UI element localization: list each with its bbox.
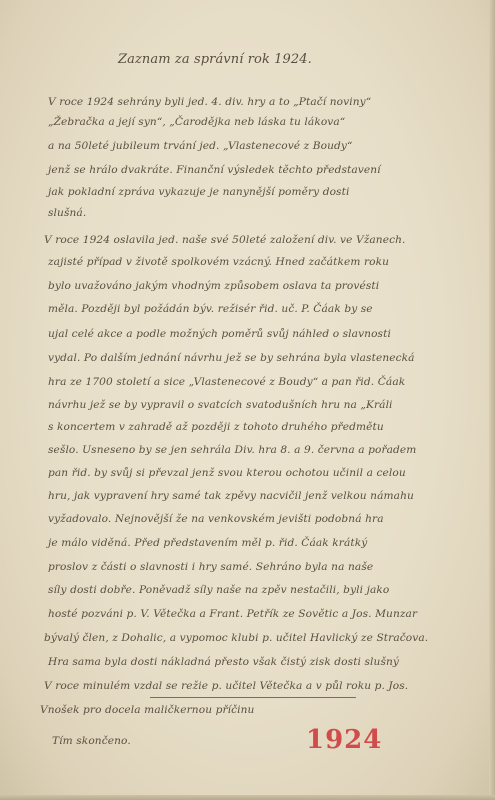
text-line: hru, jak vypravení hry samé tak zpěvy na… (48, 490, 414, 502)
text-line: hra ze 1700 století a sice „Vlastenecové… (48, 376, 405, 388)
text-line: a na 50leté jubileum trvání jed. „Vlaste… (48, 140, 353, 152)
text-line: vydal. Po dalším jednání návrhu jež se b… (48, 352, 415, 364)
text-line: ujal celé akce a podle možných poměrů sv… (48, 328, 391, 340)
text-line: jak pokladní zpráva vykazuje je nanynějš… (48, 186, 349, 198)
text-line: V roce minulém vzdal se režie p. učitel … (44, 680, 408, 692)
text-line: síly dosti dobře. Poněvadž síly naše na … (48, 584, 389, 596)
text-line: V roce 1924 sehrány byli jed. 4. div. hr… (48, 96, 371, 108)
text-line: sešlo. Usneseno by se jen sehrála Div. h… (48, 444, 416, 456)
page-edge-bottom (0, 795, 495, 800)
text-line: návrhu jež se by vypravil o svatcích sva… (48, 399, 393, 411)
closing-line: Tím skončeno. (52, 735, 131, 747)
page-edge-right (489, 0, 495, 800)
document-page: Zaznam za správní rok 1924. V roce 1924 … (0, 0, 495, 800)
text-line: V roce 1924 oslavila jed. naše své 50let… (44, 234, 406, 246)
text-line: Hra sama byla dosti nákladná přesto však… (48, 656, 399, 668)
red-year-stamp: 1924 (306, 725, 382, 755)
document-title: Zaznam za správní rok 1924. (118, 52, 312, 67)
text-line: bývalý člen, z Dohalic, a vypomoc klubi … (44, 632, 428, 644)
text-line: měla. Později byl požádán býv. režisér ř… (48, 303, 373, 315)
text-line: hosté pozváni p. V. Větečka a Frant. Pet… (48, 608, 417, 620)
red-underline (150, 697, 356, 698)
text-line: pan řid. by svůj si převzal jenž svou kt… (48, 467, 406, 479)
text-line: slušná. (48, 207, 86, 219)
text-line: proslov z části o slavnosti i hry samé. … (48, 561, 373, 573)
text-line: jenž se hrálo dvakráte. Finanční výslede… (48, 164, 381, 176)
text-line: s koncertem v zahradě až později z tohot… (48, 421, 384, 433)
text-line: Vnošek pro docela maličkernou příčinu (40, 704, 254, 716)
text-line: „Žebračka a její syn“, „Čarodějka neb lá… (48, 116, 345, 128)
text-line: je málo viděná. Před představením měl p.… (48, 537, 367, 549)
text-line: bylo uvažováno jakým vhodným způsobem os… (48, 280, 379, 292)
text-line: zajisté případ v životě spolkovém vzácný… (48, 256, 389, 268)
text-line: vyžadovalo. Nejnovější že na venkovském … (48, 513, 384, 525)
